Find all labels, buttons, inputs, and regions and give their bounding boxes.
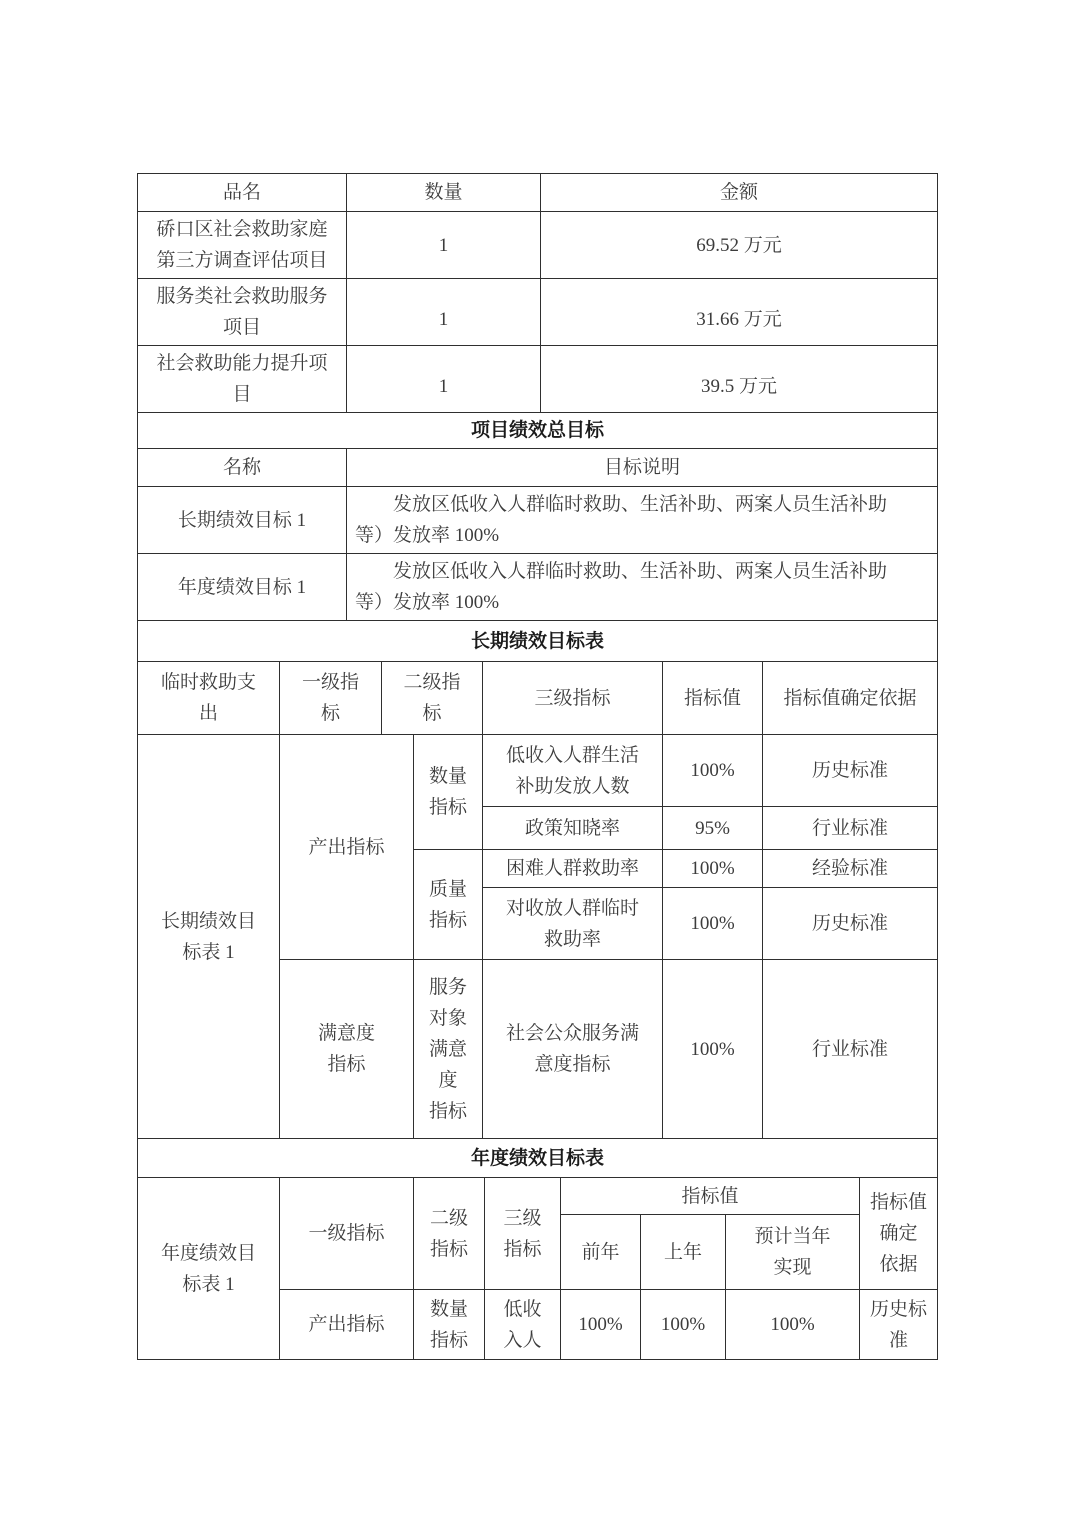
level2-service-cell: 服务 对象 满意 度 指标 <box>414 960 483 1139</box>
item-row: 服务类社会救助服务 项目 1 31.66 万元 <box>138 279 938 346</box>
longterm-title-row: 长期绩效目标表 <box>138 621 938 662</box>
annual-goals-table: 年度绩效目标表 年度绩效目 标表 1 一级指标 二级 指标 三级 指标 指标值 … <box>137 1138 938 1360</box>
indicator-value-cell: 95% <box>663 807 763 850</box>
item-name-cell: 服务类社会救助服务 项目 <box>138 279 347 346</box>
annual-title-row: 年度绩效目标表 <box>138 1139 938 1178</box>
indicator-name-cell: 低收入人群生活 补助发放人数 <box>483 735 663 807</box>
annual-level1-cell: 产出指标 <box>280 1290 414 1360</box>
annual-level3-cell: 低收 入人 <box>485 1290 561 1360</box>
indicator-value-cell: 100% <box>663 735 763 807</box>
longterm-header-level2: 二级指 标 <box>382 662 483 735</box>
longterm-header-basis: 指标值确定依据 <box>763 662 938 735</box>
longterm-header-level1: 一级指 标 <box>280 662 382 735</box>
annual-header-value-group: 指标值 <box>561 1178 860 1215</box>
goal-row: 年度绩效目标 1 发放区低收入人群临时救助、生活补助、两案人员生活补助 等）发放… <box>138 554 938 621</box>
indicator-name-cell: 政策知晓率 <box>483 807 663 850</box>
item-quantity-cell: 1 <box>347 279 541 346</box>
longterm-header-value: 指标值 <box>663 662 763 735</box>
annual-header-basis: 指标值 确定 依据 <box>860 1178 938 1290</box>
annual-header-row: 年度绩效目 标表 1 一级指标 二级 指标 三级 指标 指标值 指标值 确定 依… <box>138 1178 938 1215</box>
item-row: 社会救助能力提升项 目 1 39.5 万元 <box>138 346 938 413</box>
level2-quality-cell: 质量 指标 <box>414 850 483 960</box>
annual-title: 年度绩效目标表 <box>138 1139 938 1178</box>
goal-name-cell: 年度绩效目标 1 <box>138 554 347 621</box>
annual-year-before-cell: 100% <box>561 1290 641 1360</box>
indicator-name-cell: 社会公众服务满 意度指标 <box>483 960 663 1139</box>
level1-output-cell: 产出指标 <box>280 735 414 960</box>
goals-header-row: 名称 目标说明 <box>138 449 938 487</box>
goal-row: 长期绩效目标 1 发放区低收入人群临时救助、生活补助、两案人员生活补助 等）发放… <box>138 487 938 554</box>
item-name-cell: 社会救助能力提升项 目 <box>138 346 347 413</box>
overall-goals-title-row: 项目绩效总目标 <box>138 413 938 449</box>
annual-header-level3: 三级 指标 <box>485 1178 561 1290</box>
longterm-header-level3: 三级指标 <box>483 662 663 735</box>
item-amount-cell: 31.66 万元 <box>541 279 938 346</box>
annual-level2-cell: 数量 指标 <box>414 1290 485 1360</box>
annual-header-level2: 二级 指标 <box>414 1178 485 1290</box>
goal-name-cell: 长期绩效目标 1 <box>138 487 347 554</box>
annual-current-year-cell: 100% <box>726 1290 860 1360</box>
indicator-basis-cell: 历史标准 <box>763 888 938 960</box>
document-tables: 品名 数量 金额 硚口区社会救助家庭 第三方调查评估项目 1 69.52 万元 … <box>137 173 937 1360</box>
indicator-row: 长期绩效目 标表 1 产出指标 数量 指标 低收入人群生活 补助发放人数 100… <box>138 735 938 807</box>
indicator-value-cell: 100% <box>663 960 763 1139</box>
longterm-row-label: 长期绩效目 标表 1 <box>138 735 280 1139</box>
longterm-header-row: 临时救助支 出 一级指 标 二级指 标 三级指标 指标值 指标值确定依据 <box>138 662 938 735</box>
annual-header-level1: 一级指标 <box>280 1178 414 1290</box>
overall-goals-title: 项目绩效总目标 <box>138 413 938 449</box>
longterm-goals-table: 长期绩效目标表 临时救助支 出 一级指 标 二级指 标 三级指标 指标值 指标值… <box>137 620 938 1139</box>
items-header-quantity: 数量 <box>347 174 541 212</box>
indicator-basis-cell: 经验标准 <box>763 850 938 888</box>
annual-row-label: 年度绩效目 标表 1 <box>138 1178 280 1360</box>
item-quantity-cell: 1 <box>347 212 541 279</box>
annual-last-year-cell: 100% <box>641 1290 726 1360</box>
annual-basis-cell: 历史标 准 <box>860 1290 938 1360</box>
items-table: 品名 数量 金额 硚口区社会救助家庭 第三方调查评估项目 1 69.52 万元 … <box>137 173 938 413</box>
overall-goals-table: 项目绩效总目标 名称 目标说明 长期绩效目标 1 发放区低收入人群临时救助、生活… <box>137 412 938 621</box>
items-header-name: 品名 <box>138 174 347 212</box>
item-quantity-cell: 1 <box>347 346 541 413</box>
annual-header-last-year: 上年 <box>641 1215 726 1290</box>
goal-description-cell: 发放区低收入人群临时救助、生活补助、两案人员生活补助 等）发放率 100% <box>347 554 938 621</box>
goal-description-cell: 发放区低收入人群临时救助、生活补助、两案人员生活补助 等）发放率 100% <box>347 487 938 554</box>
indicator-value-cell: 100% <box>663 888 763 960</box>
document-page: 品名 数量 金额 硚口区社会救助家庭 第三方调查评估项目 1 69.52 万元 … <box>0 0 1074 1520</box>
item-amount-cell: 69.52 万元 <box>541 212 938 279</box>
level2-quantity-cell: 数量 指标 <box>414 735 483 850</box>
indicator-value-cell: 100% <box>663 850 763 888</box>
longterm-header-expense: 临时救助支 出 <box>138 662 280 735</box>
indicator-basis-cell: 历史标准 <box>763 735 938 807</box>
item-amount-cell: 39.5 万元 <box>541 346 938 413</box>
indicator-name-cell: 对收放人群临时 救助率 <box>483 888 663 960</box>
items-header-row: 品名 数量 金额 <box>138 174 938 212</box>
goal-description-header: 目标说明 <box>347 449 938 487</box>
indicator-basis-cell: 行业标准 <box>763 960 938 1139</box>
annual-header-year-before: 前年 <box>561 1215 641 1290</box>
item-row: 硚口区社会救助家庭 第三方调查评估项目 1 69.52 万元 <box>138 212 938 279</box>
level1-satisfaction-cell: 满意度 指标 <box>280 960 414 1139</box>
indicator-name-cell: 困难人群救助率 <box>483 850 663 888</box>
item-name-cell: 硚口区社会救助家庭 第三方调查评估项目 <box>138 212 347 279</box>
goal-name-header: 名称 <box>138 449 347 487</box>
longterm-title: 长期绩效目标表 <box>138 621 938 662</box>
items-header-amount: 金额 <box>541 174 938 212</box>
indicator-basis-cell: 行业标准 <box>763 807 938 850</box>
annual-header-current-year: 预计当年 实现 <box>726 1215 860 1290</box>
